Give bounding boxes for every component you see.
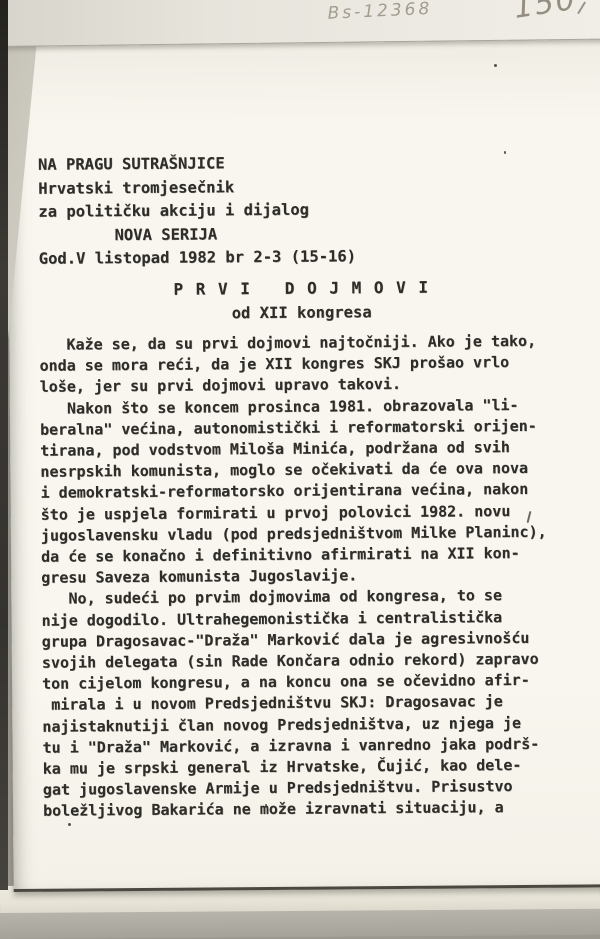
issue-info: God.V listopad 1982 br 2-3 (15-16) — [39, 244, 564, 272]
document-page: NA PRAGU SUTRAŠNJICE Hrvatski tromjesečn… — [7, 35, 600, 892]
body-line: boležljivog Bakarića ne može izravnati s… — [43, 797, 549, 822]
article-subtitle: od XII kongresa — [39, 302, 564, 324]
masthead: NA PRAGU SUTRAŠNJICE Hrvatski tromjesečn… — [38, 150, 564, 272]
scanner-background-strip — [0, 909, 600, 939]
body-line: da će se konačno i definitivno afirmirat… — [41, 543, 547, 568]
article-title: P R V I D O J M O V I — [39, 277, 564, 300]
pencil-number-annotation: 150 — [511, 0, 579, 26]
ink-speck — [494, 64, 497, 67]
article-body: Kaže se, da su prvi dojmovi najtočniji. … — [39, 331, 549, 823]
ink-speck — [68, 823, 71, 826]
body-line: onda se mora reći, da je XII kongres SKJ… — [39, 352, 545, 377]
pencil-tick-mark — [577, 1, 586, 14]
pencil-catalog-annotation: Bs-12368 — [327, 0, 433, 24]
ink-speck — [265, 804, 267, 806]
scan-left-edge — [0, 0, 8, 890]
top-paper-edge: Bs-12368 150 — [0, 0, 600, 47]
article-title-block: P R V I D O J M O V I od XII kongresa — [39, 277, 564, 324]
ink-speck — [504, 151, 506, 154]
typewritten-content: NA PRAGU SUTRAŠNJICE Hrvatski tromjesečn… — [38, 150, 564, 272]
